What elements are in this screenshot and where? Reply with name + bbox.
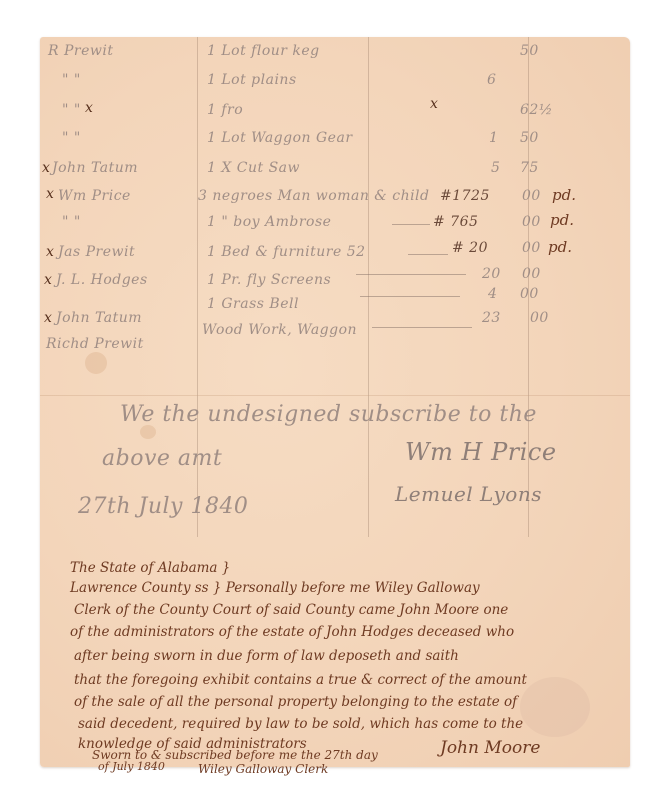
- cents-cell: 00: [520, 286, 539, 302]
- tally-mark: x: [46, 244, 54, 260]
- dollars-cell: 4: [488, 286, 497, 302]
- buyer-cell: Wm Price: [58, 188, 131, 204]
- item-cell: 1 X Cut Saw: [207, 160, 300, 176]
- buyer-cell: Jas Prewit: [58, 244, 135, 260]
- stain: [520, 677, 590, 737]
- dollars-cell: #1725: [440, 188, 490, 204]
- buyer-cell: Richd Prewit: [46, 336, 144, 352]
- cents-cell: 00: [522, 188, 541, 204]
- administrator-signature: John Moore: [440, 738, 540, 758]
- buyer-cell: " ": [62, 130, 81, 146]
- cents-cell: 62½: [520, 102, 553, 118]
- item-cell: 1 Lot flour keg: [207, 43, 320, 59]
- cents-cell: 00: [522, 214, 541, 230]
- tally-mark: x: [44, 272, 52, 288]
- cents-cell: 00: [530, 310, 549, 326]
- buyer-cell: John Tatum: [52, 160, 138, 176]
- dollars-cell: # 20: [452, 240, 488, 256]
- subscription-line-1: We the undesigned subscribe to the: [120, 402, 537, 427]
- tally-mark: x: [46, 186, 54, 202]
- stain: [85, 352, 107, 374]
- affidavit-line: The State of Alabama }: [70, 560, 230, 576]
- affidavit-line: said decedent, required by law to be sol…: [78, 716, 523, 732]
- cents-cell: 50: [520, 130, 539, 146]
- affidavit-line: that the foregoing exhibit contains a tr…: [74, 672, 527, 688]
- item-cell: 1 " boy Ambrose: [207, 214, 331, 230]
- cents-cell: 50: [520, 43, 539, 59]
- paid-note: pd.: [552, 186, 576, 204]
- dollars-cell: # 765: [433, 214, 478, 230]
- dollars-cell: 5: [491, 160, 500, 176]
- subscription-date: 27th July 1840: [78, 494, 248, 519]
- affidavit-line: Clerk of the County Court of said County…: [74, 602, 508, 618]
- item-cell: 1 Grass Bell: [207, 296, 299, 312]
- tally-mark: x: [430, 96, 438, 112]
- item-cell: Wood Work, Waggon: [202, 322, 357, 338]
- affidavit-line: of the sale of all the personal property…: [74, 694, 517, 710]
- signature-price: Wm H Price: [405, 438, 557, 466]
- leader-line: [372, 327, 472, 328]
- buyer-cell: J. L. Hodges: [56, 272, 148, 288]
- buyer-cell: R Prewit: [48, 43, 113, 59]
- stain: [140, 425, 156, 439]
- leader-line: [392, 224, 430, 225]
- affidavit-line: after being sworn in due form of law dep…: [74, 648, 459, 664]
- clerk-signature: Wiley Galloway Clerk: [198, 762, 328, 776]
- cents-cell: 00: [522, 240, 541, 256]
- column-rule: [368, 37, 369, 537]
- dollars-cell: 23: [482, 310, 501, 326]
- buyer-cell: John Tatum: [56, 310, 142, 326]
- leader-line: [356, 274, 466, 275]
- affidavit-line: Lawrence County ss } Personally before m…: [70, 580, 480, 596]
- cents-cell: 75: [520, 160, 539, 176]
- item-cell: 1 Lot Waggon Gear: [207, 130, 353, 146]
- buyer-cell: " ": [62, 102, 81, 118]
- dollars-cell: 20: [482, 266, 501, 282]
- buyer-cell: " ": [62, 214, 81, 230]
- signature-lyons: Lemuel Lyons: [395, 482, 542, 506]
- paid-note: pd.: [550, 211, 574, 229]
- item-cell: 1 Pr. fly Screens: [207, 272, 331, 288]
- item-cell: 1 Bed & furniture 52: [207, 244, 366, 260]
- item-cell: 3 negroes Man woman & child: [198, 188, 430, 204]
- paid-note: pd.: [548, 238, 572, 256]
- subscription-line-2: above amt: [102, 446, 222, 471]
- cents-cell: 00: [522, 266, 541, 282]
- leader-line: [360, 296, 460, 297]
- sworn-date: of July 1840: [98, 760, 165, 773]
- dollars-cell: 1: [489, 130, 498, 146]
- tally-mark: x: [44, 310, 52, 326]
- fold-line: [40, 395, 630, 396]
- tally-mark: x: [85, 100, 93, 116]
- buyer-cell: " ": [62, 72, 81, 88]
- item-cell: 1 Lot plains: [207, 72, 297, 88]
- dollars-cell: 6: [487, 72, 496, 88]
- tally-mark: x: [42, 160, 50, 176]
- leader-line: [408, 254, 448, 255]
- item-cell: 1 fro: [207, 102, 243, 118]
- affidavit-line: of the administrators of the estate of J…: [70, 624, 514, 640]
